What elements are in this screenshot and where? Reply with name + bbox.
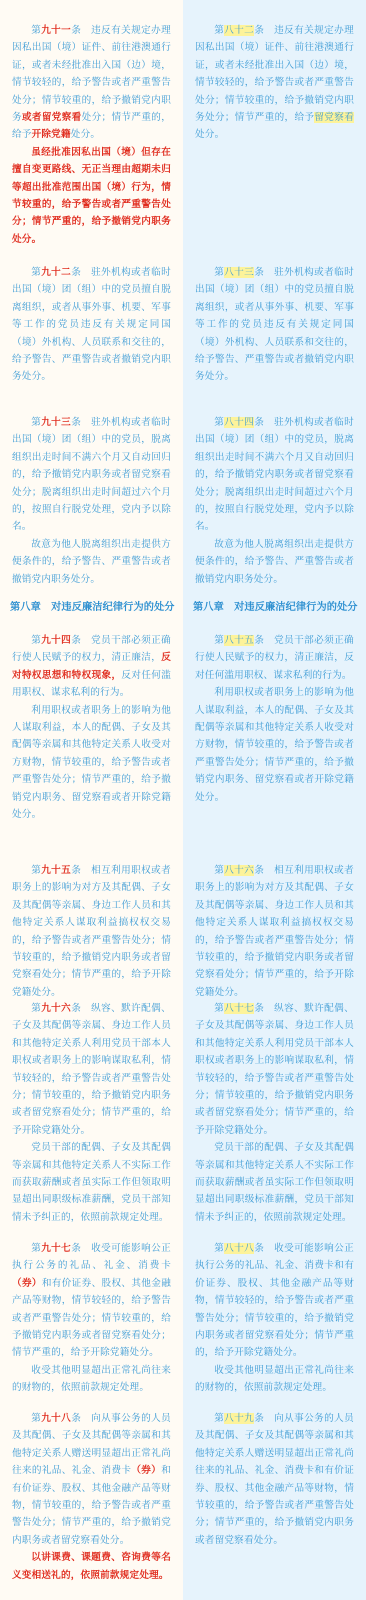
revised-text: （券） [131,1465,161,1476]
article-number: 八十五 [224,635,254,646]
revised-text: 或者留党察看 [22,112,82,123]
revised-text: 开除党籍 [32,129,71,140]
article-96: 第九十六条 纵容、默许配偶、子女及其配偶等亲属、身边工作人员和其他特定关系人利用… [12,1000,171,1226]
article-number: 九十二 [41,267,71,278]
article-91-para-2-added: 虽经批准因私出国（境）但存在擅自变更路线、无正当理由超期未归等超出批准范围出国（… [12,144,171,248]
article-number: 八十四 [224,417,254,428]
chapter-title: 第八章 对违反廉洁纪律行为的处分 [193,598,360,613]
article-number: 八十七 [224,1003,254,1014]
article-number: 八十八 [224,1243,254,1254]
article-number: 八十三 [224,267,254,278]
article-number: 九十六 [41,1003,71,1014]
article-number: 八十九 [224,1413,254,1424]
article-number: 八十二 [224,25,254,36]
article-98: 第九十八条 向从事公务的人员及其配偶、子女及其配偶等亲属和其他特定关系人赠送明显… [12,1410,171,1584]
comparison-page: 第九十一条 违反有关规定办理因私出国（境）证件、前往港澳通行证，或者未经批准出入… [0,0,366,1600]
article-number: 八十六 [224,865,254,876]
article-84: 第八十四条 驻外机构或者临时出国（境）团（组）中的党员，脱离组织出走时间不满六个… [195,414,354,588]
article-98-para-2-added: 以讲课费、课题费、咨询费等名义变相送礼的，依照前款规定处理。 [12,1549,171,1584]
chapter-title: 第八章 对违反廉洁纪律行为的处分 [10,598,177,613]
article-82: 第八十二条 违反有关规定办理因私出国（境）证件、前往港澳通行证，或者未经批准出入… [195,22,354,144]
article-91: 第九十一条 违反有关规定办理因私出国（境）证件、前往港澳通行证，或者未经批准出入… [12,22,171,248]
article-number: 九十一 [41,25,71,36]
article-number: 九十五 [41,865,71,876]
article-number: 九十七 [41,1243,71,1254]
article-93: 第九十三条 驻外机构或者临时出国（境）团（组）中的党员，脱离组织出走时间不满六个… [12,414,171,588]
article-94: 第九十四条 党员干部必须正确行使人民赋予的权力，清正廉洁，反对特权思想和特权现象… [12,632,171,823]
article-number: 九十八 [41,1413,71,1424]
article-86: 第八十六条 相互利用职权或者职务上的影响为对方及其配偶、子女及其配偶等亲属、身边… [195,862,354,1001]
article-92: 第九十二条 驻外机构或者临时出国（境）团（组）中的党员擅自脱离组织，或者从事外事… [12,264,171,386]
article-88: 第八十八条 收受可能影响公正执行公务的礼品、礼金、消费卡和有价证券、股权、其他金… [195,1240,354,1397]
article-85: 第八十五条 党员干部必须正确行使人民赋予的权力，清正廉洁，反对任何滥用职权、谋求… [195,632,354,806]
article-number: 九十三 [41,417,71,428]
article-83: 第八十三条 驻外机构或者临时出国（境）团（组）中的党员擅自脱离组织，或者从事外事… [195,264,354,386]
article-95: 第九十五条 相互利用职权或者职务上的影响为对方及其配偶、子女及其配偶等亲属、身边… [12,862,171,1001]
article-97: 第九十七条 收受可能影响公正执行公务的礼品、礼金、消费卡（券）和有价证券、股权、… [12,1240,171,1397]
article-number: 九十四 [41,635,71,646]
article-87: 第八十七条 纵容、默许配偶、子女及其配偶等亲属、身边工作人员和其他特定关系人利用… [195,1000,354,1226]
article-89: 第八十九条 向从事公务的人员及其配偶、子女及其配偶等亲属和其他特定关系人赠送明显… [195,1410,354,1549]
right-column-old-version: 第八十二条 违反有关规定办理因私出国（境）证件、前往港澳通行证，或者未经批准出入… [183,0,366,1600]
highlighted-text: 留党察看 [314,112,354,123]
revised-text: （券） [12,1278,42,1289]
article-91-para-1: 第九十一条 违反有关规定办理因私出国（境）证件、前往港澳通行证，或者未经批准出入… [12,22,171,144]
left-column-new-version: 第九十一条 违反有关规定办理因私出国（境）证件、前往港澳通行证，或者未经批准出入… [0,0,183,1600]
